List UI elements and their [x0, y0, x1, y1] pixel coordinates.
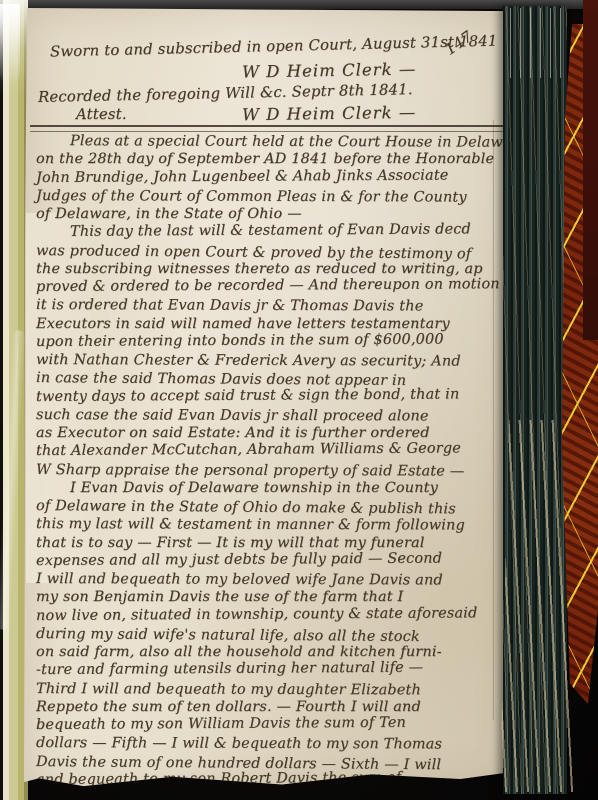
cover-spine-dark: [583, 0, 598, 340]
clerk-signature-1: W D Heim Clerk —: [242, 59, 417, 81]
manuscript-line: this my last will & testament in manner …: [36, 515, 511, 535]
manuscript-line: This day the last will & testament of Ev…: [36, 220, 511, 241]
manuscript-line: I will and bequeath to my beloved wife J…: [36, 570, 511, 590]
photo-frame: 147 Sworn to and subscribed in open Cour…: [0, 0, 598, 800]
manuscript-line: with Nathan Chester & Frederick Avery as…: [36, 351, 511, 371]
manuscript-line: John Brundige, John Lugenbeel & Ahab Jin…: [36, 166, 511, 187]
manuscript-line: W Sharp appraise the personal property o…: [36, 461, 511, 481]
manuscript-line: upon their entering into bonds in the su…: [36, 330, 511, 351]
manuscript-line: Pleas at a special Court held at the Cou…: [36, 132, 511, 152]
divider-rule: [30, 125, 508, 132]
book-page-edges-worn: [500, 420, 574, 792]
recorded-line: Recorded the foregoing Will &c. Septr 8t…: [38, 81, 413, 106]
manuscript-line: -ture and farming utensils during her na…: [36, 658, 511, 679]
clerk-signature-2: W D Heim Clerk —: [242, 103, 417, 124]
manuscript-line: proved & ordered to be recorded — And th…: [36, 275, 511, 296]
manuscript-line: such case the said Evan Davis jr shall p…: [36, 406, 511, 426]
manuscript-line: I Evan Davis of Delaware township in the…: [36, 479, 511, 497]
will-record-text: Pleas at a special Court held at the Cou…: [36, 132, 511, 789]
manuscript-line: during my said wife's natural life, also…: [36, 625, 511, 647]
manuscript-line: and bequeath to my son Robert Davis the …: [36, 768, 511, 789]
manuscript-line: expenses and all my just debts be fully …: [36, 549, 511, 570]
manuscript-line: dollars — Fifth — I will & bequeath to m…: [36, 734, 511, 754]
manuscript-line: now live on, situated in township, count…: [36, 604, 511, 625]
corner-glare: [0, 4, 20, 84]
manuscript-page: 147 Sworn to and subscribed in open Cour…: [24, 8, 520, 790]
page-edges-highlight: [505, 8, 565, 78]
manuscript-line: twenty days to accept said trust & sign …: [36, 385, 511, 406]
attest-label: Attest.: [76, 106, 127, 123]
manuscript-line: Judges of the Court of Common Pleas in &…: [36, 187, 511, 207]
manuscript-line: bequeath to my son William Davis the sum…: [36, 713, 511, 734]
manuscript-line: Third I will and bequeath to my daughter…: [36, 680, 511, 700]
manuscript-line: that Alexander McCutchan, Abraham Willia…: [36, 439, 511, 460]
sworn-line: Sworn to and subscribed in open Court, A…: [50, 33, 498, 61]
manuscript-line: it is ordered that Evan Davis jr & Thoma…: [36, 296, 511, 316]
manuscript-line: was produced in open Court & proved by t…: [36, 242, 511, 264]
